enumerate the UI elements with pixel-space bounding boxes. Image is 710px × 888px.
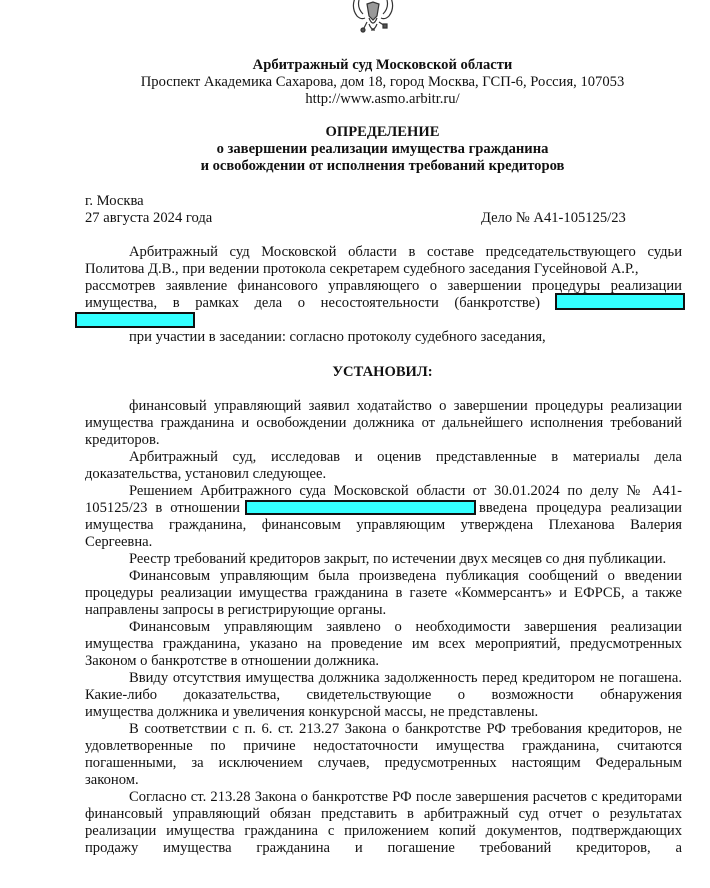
paragraph-3-line-3: имущества гражданина, финансовым управля… bbox=[85, 517, 682, 534]
intro-line-4: имущества, в рамках дела о несостоятельн… bbox=[85, 295, 540, 312]
paragraph-6-end: Законом о банкротстве в отношении должни… bbox=[85, 653, 379, 670]
paragraph-3-end: Сергеевна. bbox=[85, 534, 152, 551]
established-heading: УСТАНОВИЛ: bbox=[0, 364, 710, 381]
paragraph-2: Арбитражный суд, исследовав и оценив пре… bbox=[85, 449, 682, 466]
participation-note: при участии в заседании: согласно проток… bbox=[129, 329, 546, 346]
paragraph-1-end: кредиторов. bbox=[85, 432, 160, 449]
paragraph-6: Финансовым управляющим заявлено о необхо… bbox=[85, 619, 682, 653]
paragraph-1: финансовый управляющий заявил ходатайств… bbox=[85, 398, 682, 432]
paragraph-8-end: законом. bbox=[85, 772, 139, 789]
case-number: Дело № А41-105125/23 bbox=[481, 210, 626, 227]
court-address: Проспект Академика Сахарова, дом 18, гор… bbox=[0, 74, 710, 91]
intro-line-2: Политова Д.В., при ведении протокола сек… bbox=[85, 261, 638, 278]
paragraph-2-end: доказательства, установил следующее. bbox=[85, 466, 326, 483]
russian-coat-of-arms-icon bbox=[347, 0, 399, 38]
city: г. Москва bbox=[85, 193, 144, 210]
court-name: Арбитражный суд Московской области bbox=[0, 57, 710, 74]
paragraph-5: Финансовым управляющим была произведена … bbox=[85, 568, 682, 602]
paragraph-7-end: имущества должника и увеличения конкурсн… bbox=[85, 704, 538, 721]
document-date: 27 августа 2024 года bbox=[85, 210, 212, 227]
paragraph-3-line-2b: введена процедура реализации bbox=[479, 500, 682, 517]
redacted-debtor-name-part3 bbox=[245, 500, 476, 515]
document-title: ОПРЕДЕЛЕНИЕ bbox=[0, 124, 710, 141]
paragraph-9: Согласно ст. 213.28 Закона о банкротстве… bbox=[85, 789, 682, 857]
court-website-link[interactable]: http://www.asmo.arbitr.ru/ bbox=[0, 91, 710, 108]
document-subtitle-line2: и освобождении от исполнения требований … bbox=[0, 158, 710, 175]
document-subtitle-line1: о завершении реализации имущества гражда… bbox=[0, 141, 710, 158]
paragraph-8: В соответствии с п. 6. ст. 213.27 Закона… bbox=[85, 721, 682, 772]
redacted-debtor-name-part2 bbox=[75, 312, 195, 328]
paragraph-3-line-2a: 105125/23 в отношении bbox=[85, 500, 240, 517]
paragraph-4: Реестр требований кредиторов закрыт, по … bbox=[129, 551, 666, 568]
paragraph-5-end: направлены запросы в регистрирующие орга… bbox=[85, 602, 386, 619]
paragraph-3-line-1: Решением Арбитражного суда Московской об… bbox=[85, 483, 682, 500]
court-document-page: Арбитражный суд Московской области Просп… bbox=[0, 0, 710, 888]
redacted-debtor-name-part1 bbox=[555, 293, 685, 310]
paragraph-7: Ввиду отсутствия имущества должника задо… bbox=[85, 670, 682, 704]
intro-line-1: Арбитражный суд Московской области в сос… bbox=[129, 244, 682, 261]
